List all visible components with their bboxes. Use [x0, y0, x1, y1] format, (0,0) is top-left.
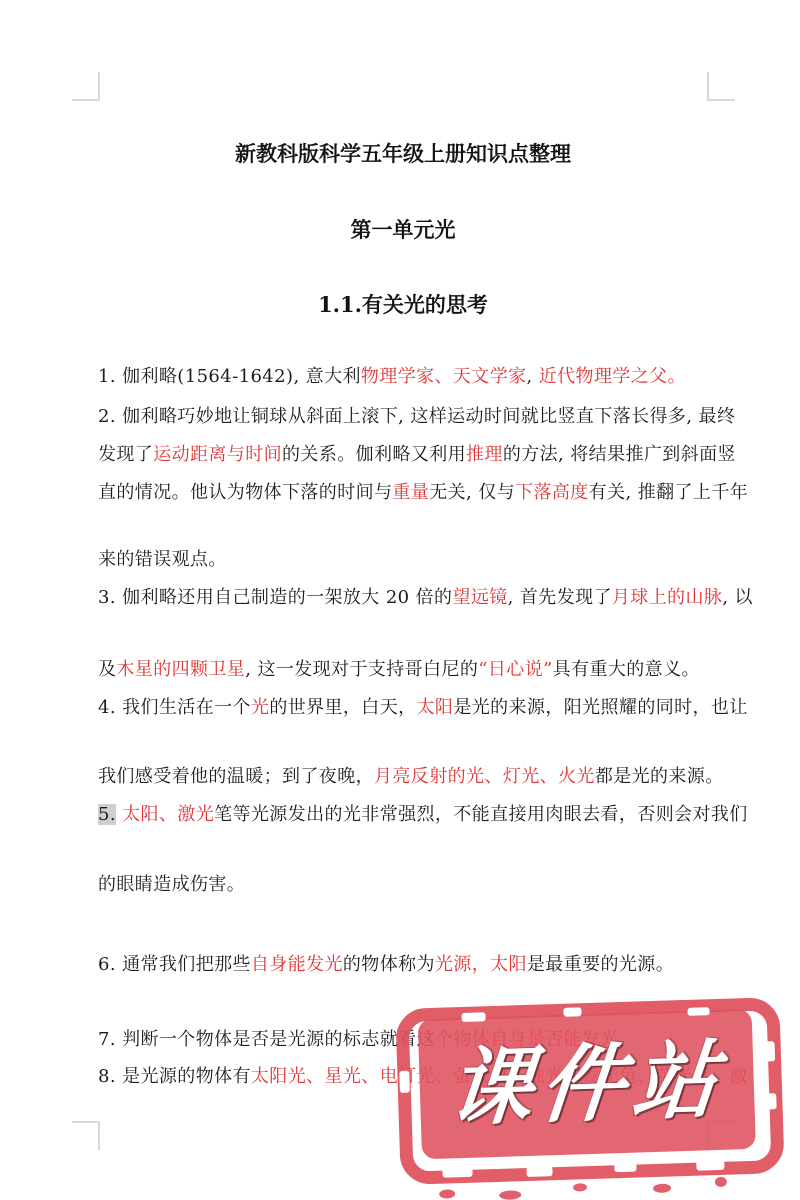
emphasis-red-text: 个物体自身是否能发光。 [435, 1029, 637, 1050]
body-text: 的眼睛造成伤害。 [98, 874, 245, 895]
body-text: 无关, 仅与 [429, 482, 515, 503]
page-corner-mark-bottom-right [707, 1121, 735, 1150]
watermark-stamp: 课件站 [395, 997, 784, 1185]
body-text: 我们感受着他的温暖；到了夜晚， [98, 766, 374, 787]
body-text: 2. 伽利略巧妙地让铜球从斜面上滚下, 这样运动时间就比竖直下落长得多, 最终 [98, 406, 735, 427]
stamp-distress-chip [696, 1160, 724, 1171]
stamp-distress-chip [526, 1166, 552, 1177]
body-text: 有关, 推翻了上千年 [589, 482, 748, 503]
body-text: 笔等光源发出的光非常强烈，不能直接用肉眼去看，否则会对我们 [214, 804, 748, 825]
stamp-distress-chip [442, 1167, 472, 1178]
body-text: 是最重要的光源。 [527, 954, 674, 975]
text-line: 8. 是光源的物体有太阳光、星光、电灯光、萤火虫、烛光、发光鱼、荧光灯、激 [98, 1064, 710, 1090]
emphasis-red-text: 太阳 [417, 697, 454, 718]
text-line: 及木星的四颗卫星, 这一发现对于支持哥白尼的“日心说”具有重大的意义。 [98, 657, 710, 683]
stamp-distress-chip [765, 1041, 776, 1061]
body-text: 8. 是光源的物体有 [98, 1066, 251, 1087]
text-line: 1. 伽利略(1564-1642), 意大利物理学家、天文学家, 近代物理学之父… [98, 364, 710, 390]
body-text: 发现了 [98, 444, 153, 465]
body-text: 的方法, 将结果推广到斜面竖 [503, 444, 736, 465]
body-text: 是光的来源，阳光照耀的同时，也让 [453, 697, 747, 718]
body-text: 7. 判断一个物体是否是光源的标志就看这 [98, 1029, 435, 1050]
emphasis-red-text: “日心说” [478, 659, 552, 680]
page-corner-mark-bottom-left [72, 1121, 100, 1150]
body-text: 都是光的来源。 [595, 766, 724, 787]
text-line: 4. 我们生活在一个光的世界里，白天，太阳是光的来源，阳光照耀的同时，也让 [98, 695, 710, 721]
body-text: , [527, 366, 539, 387]
emphasis-red-text: 运动距离与时间 [153, 444, 282, 465]
lesson-heading: 1.1.有关光的思考 [98, 289, 708, 319]
text-line: 我们感受着他的温暖；到了夜晚，月亮反射的光、灯光、火光都是光的来源。 [98, 764, 710, 790]
emphasis-red-text: 近代物理学之父。 [539, 366, 686, 387]
stamp-ink-dot [439, 1189, 455, 1198]
body-text: 及 [98, 659, 116, 680]
page-corner-mark-top-left [72, 72, 100, 101]
body-text: 来的错误观点。 [98, 549, 227, 570]
emphasis-red-text: 月亮反射的光、灯光、火光 [374, 766, 595, 787]
emphasis-red-text: 月球上的山脉 [612, 587, 722, 608]
emphasis-red-text: 太阳、激光 [122, 804, 214, 825]
emphasis-red-text: 木星的四颗卫星 [116, 659, 245, 680]
emphasis-red-text: 自身能发光 [251, 954, 343, 975]
text-line: 3. 伽利略还用自己制造的一架放大 20 倍的望远镜, 首先发现了月球上的山脉,… [98, 585, 710, 611]
text-line: 来的错误观点。 [98, 547, 710, 573]
unit-heading: 第一单元光 [98, 214, 708, 244]
emphasis-red-text: 下落高度 [515, 482, 589, 503]
emphasis-red-text: 太阳光、星光、电灯光、萤火虫、烛光、发光鱼、荧光灯、激 [251, 1066, 748, 1087]
text-line: 5. 太阳、激光笔等光源发出的光非常强烈，不能直接用肉眼去看，否则会对我们 [98, 802, 710, 828]
document-page: 新教科版科学五年级上册知识点整理 第一单元光 1.1.有关光的思考 1. 伽利略… [0, 0, 800, 1200]
stamp-distress-chip [461, 1012, 485, 1022]
body-text: , 以 [722, 587, 753, 608]
text-line: 发现了运动距离与时间的关系。伽利略又利用推理的方法, 将结果推广到斜面竖 [98, 442, 710, 468]
stamp-distress-chip [614, 1161, 636, 1173]
stamp-ink-dot [653, 1184, 671, 1194]
document-title: 新教科版科学五年级上册知识点整理 [98, 138, 708, 168]
text-line: 7. 判断一个物体是否是光源的标志就看这个物体自身是否能发光。 [98, 1027, 710, 1053]
emphasis-red-text: 光源，太阳 [435, 954, 527, 975]
emphasis-red-text: 光 [251, 697, 269, 718]
stamp-distress-chip [766, 1093, 776, 1109]
stamp-ink-dot [573, 1183, 587, 1191]
emphasis-red-text: 物理学家、天文学家 [361, 366, 527, 387]
text-line: 的眼睛造成伤害。 [98, 872, 710, 898]
body-text: 直的情况。他认为物体下落的时间与 [98, 482, 392, 503]
body-text: 的关系。伽利略又利用 [282, 444, 466, 465]
body-text: 6. 通常我们把那些 [98, 954, 251, 975]
body-text: 的世界里，白天， [269, 697, 416, 718]
stamp-ink-dot [715, 1177, 727, 1187]
body-text: 的物体称为 [343, 954, 435, 975]
stamp-ink-dot [499, 1190, 521, 1200]
body-text: 4. 我们生活在一个 [98, 697, 251, 718]
body-text: 具有重大的意义。 [553, 659, 700, 680]
emphasis-red-text: 推理 [466, 444, 503, 465]
body-text: 5. [98, 804, 116, 825]
emphasis-red-text: 望远镜 [452, 587, 507, 608]
stamp-border [395, 997, 784, 1185]
body-text: 1. 伽利略(1564-1642), 意大利 [98, 366, 361, 387]
stamp-distress-chip [563, 1007, 581, 1017]
text-line: 6. 通常我们把那些自身能发光的物体称为光源，太阳是最重要的光源。 [98, 952, 710, 978]
page-corner-mark-top-right [707, 72, 735, 101]
emphasis-red-text: 重量 [392, 482, 429, 503]
body-text: 3. 伽利略还用自己制造的一架放大 20 倍的 [98, 587, 452, 608]
stamp-distress-chip [687, 1007, 709, 1016]
text-line: 2. 伽利略巧妙地让铜球从斜面上滚下, 这样运动时间就比竖直下落长得多, 最终 [98, 404, 710, 430]
text-line: 直的情况。他认为物体下落的时间与重量无关, 仅与下落高度有关, 推翻了上千年 [98, 480, 710, 506]
body-text: , 首先发现了 [508, 587, 612, 608]
body-text: , 这一发现对于支持哥白尼的 [245, 659, 478, 680]
